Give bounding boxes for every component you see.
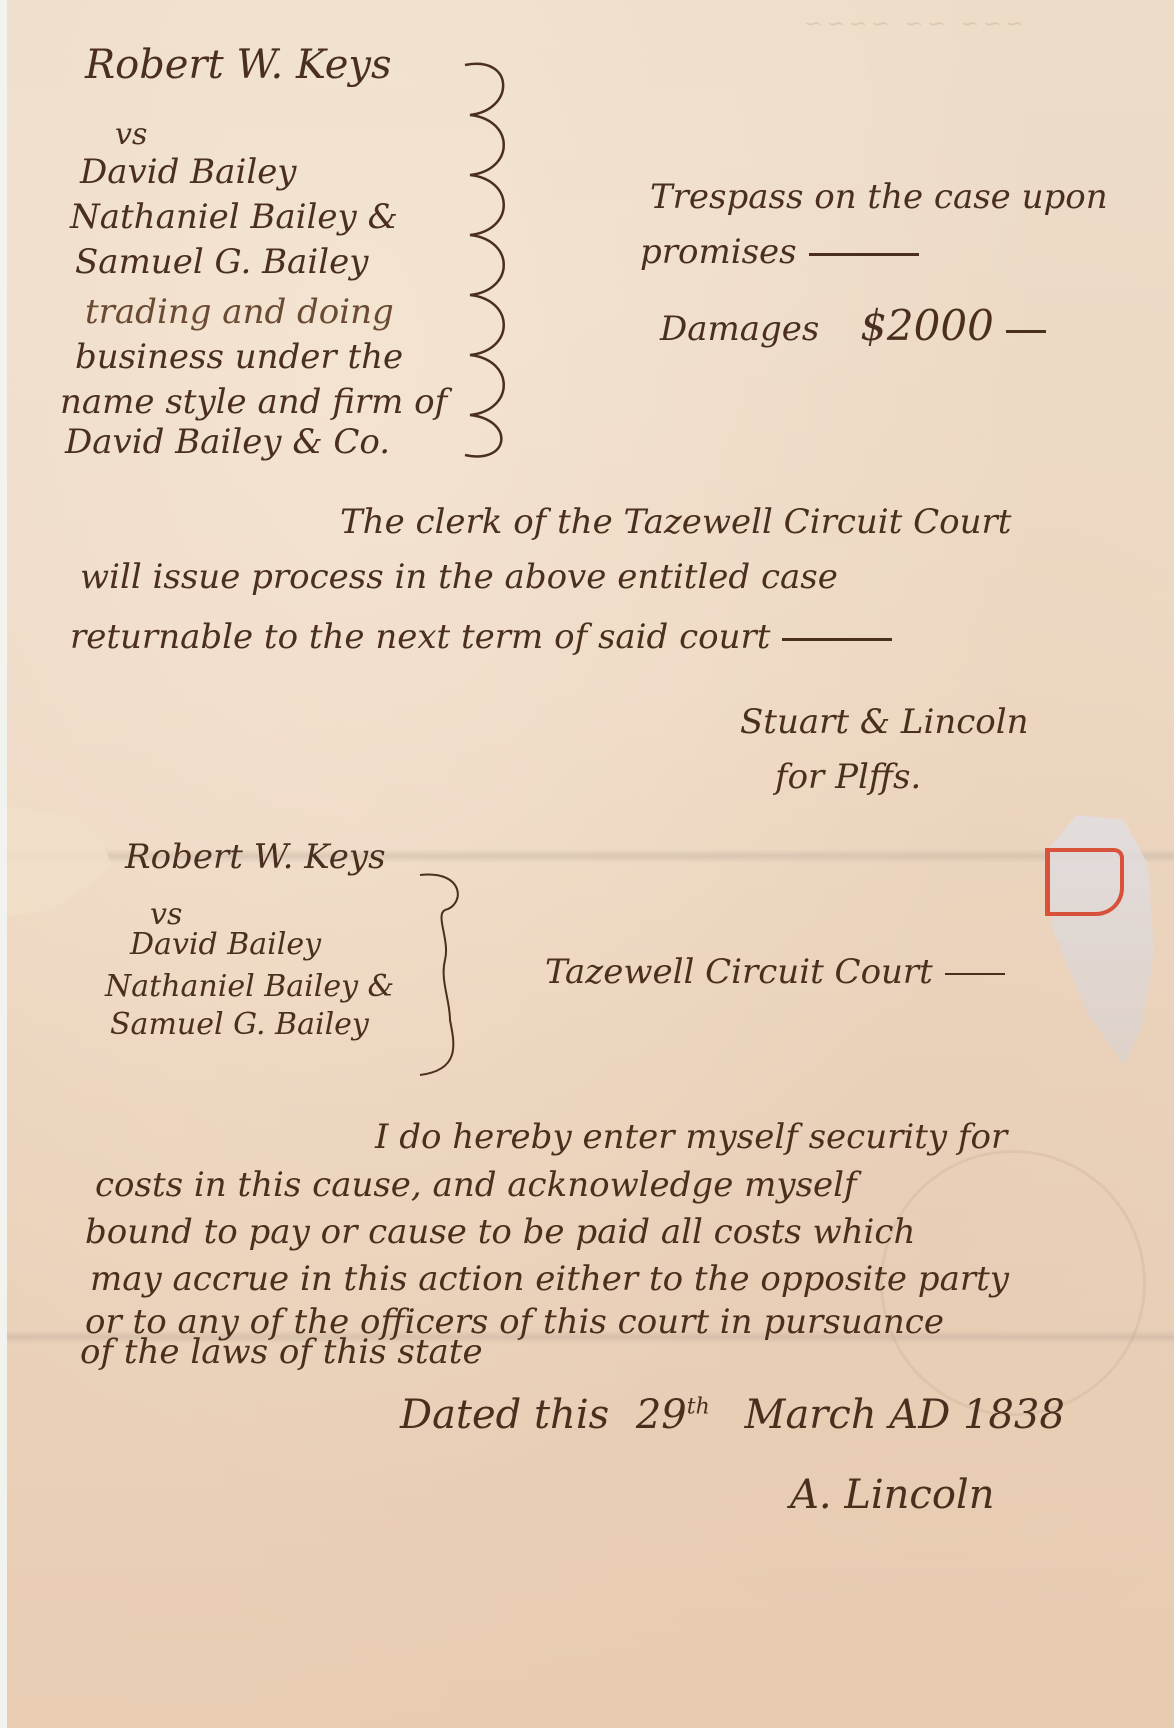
dated-day: 29 (636, 1392, 687, 1438)
bond-plaintiff: Robert W. Keys (125, 840, 386, 874)
dated-month-year: March AD 1838 (745, 1392, 1065, 1438)
praecipe-body-line-2: will issue process in the above entitled… (80, 560, 838, 594)
praecipe-defendant-6: name style and firm of (60, 385, 447, 419)
bond-court-text: Tazewell Circuit Court (545, 952, 933, 992)
praecipe-body-line-1: The clerk of the Tazewell Circuit Court (340, 505, 1011, 539)
praecipe-body-line-3-text: returnable to the next term of said cour… (70, 617, 770, 657)
bond-body-line-4: may accrue in this action either to the … (90, 1262, 1009, 1296)
praecipe-defendant-7: David Bailey & Co. (65, 425, 390, 459)
bond-court: Tazewell Circuit Court (545, 955, 1005, 989)
dash-line (809, 253, 919, 256)
curly-bracket-icon (415, 870, 475, 1080)
bond-versus: vs (150, 900, 182, 930)
dated-prefix: Dated this (400, 1392, 609, 1438)
praecipe-plaintiff: Robert W. Keys (85, 45, 392, 85)
dash-line (945, 973, 1005, 975)
bond-body-line-2: costs in this cause, and acknowledge mys… (95, 1168, 857, 1202)
signature-firm: Stuart & Lincoln (740, 705, 1029, 739)
praecipe-defendant-2: Nathaniel Bailey & (70, 200, 398, 234)
bond-defendant-3: Samuel G. Bailey (110, 1010, 369, 1040)
dash-line (782, 638, 892, 641)
bleed-through-text: ~~~ ~~ ~~~~ (800, 12, 1024, 37)
bond-defendant-1: David Bailey (130, 930, 321, 960)
damages-line: Damages $2000 (660, 305, 1046, 347)
curly-bracket-icon (455, 55, 525, 465)
praecipe-defendant-5: business under the (75, 340, 403, 374)
praecipe-defendant-3: Samuel G. Bailey (75, 245, 368, 279)
dated-ordinal: th (687, 1395, 710, 1420)
bond-signature: A. Lincoln (790, 1475, 994, 1515)
bond-dated-line: Dated this 29th March AD 1838 (400, 1395, 1065, 1435)
praecipe-defendant-1: David Bailey (80, 155, 297, 189)
action-line-1: Trespass on the case upon (650, 180, 1108, 214)
praecipe-versus: vs (115, 120, 147, 150)
bond-body-line-6: of the laws of this state (80, 1335, 483, 1369)
bond-defendant-2: Nathaniel Bailey & (105, 972, 394, 1002)
signature-for-plaintiffs: for Plffs. (775, 760, 921, 794)
damages-amount: $2000 (860, 301, 994, 350)
praecipe-defendant-4: trading and doing (85, 295, 394, 329)
damages-label: Damages (660, 309, 819, 349)
bond-body-line-1: I do hereby enter myself security for (375, 1120, 1007, 1154)
red-seal-mark (1045, 848, 1124, 916)
dash-line (1006, 330, 1046, 333)
praecipe-body-line-3: returnable to the next term of said cour… (70, 620, 892, 654)
action-promises: promises (640, 232, 797, 272)
action-line-2: promises (640, 235, 919, 269)
bond-body-line-3: bound to pay or cause to be paid all cos… (85, 1215, 915, 1249)
